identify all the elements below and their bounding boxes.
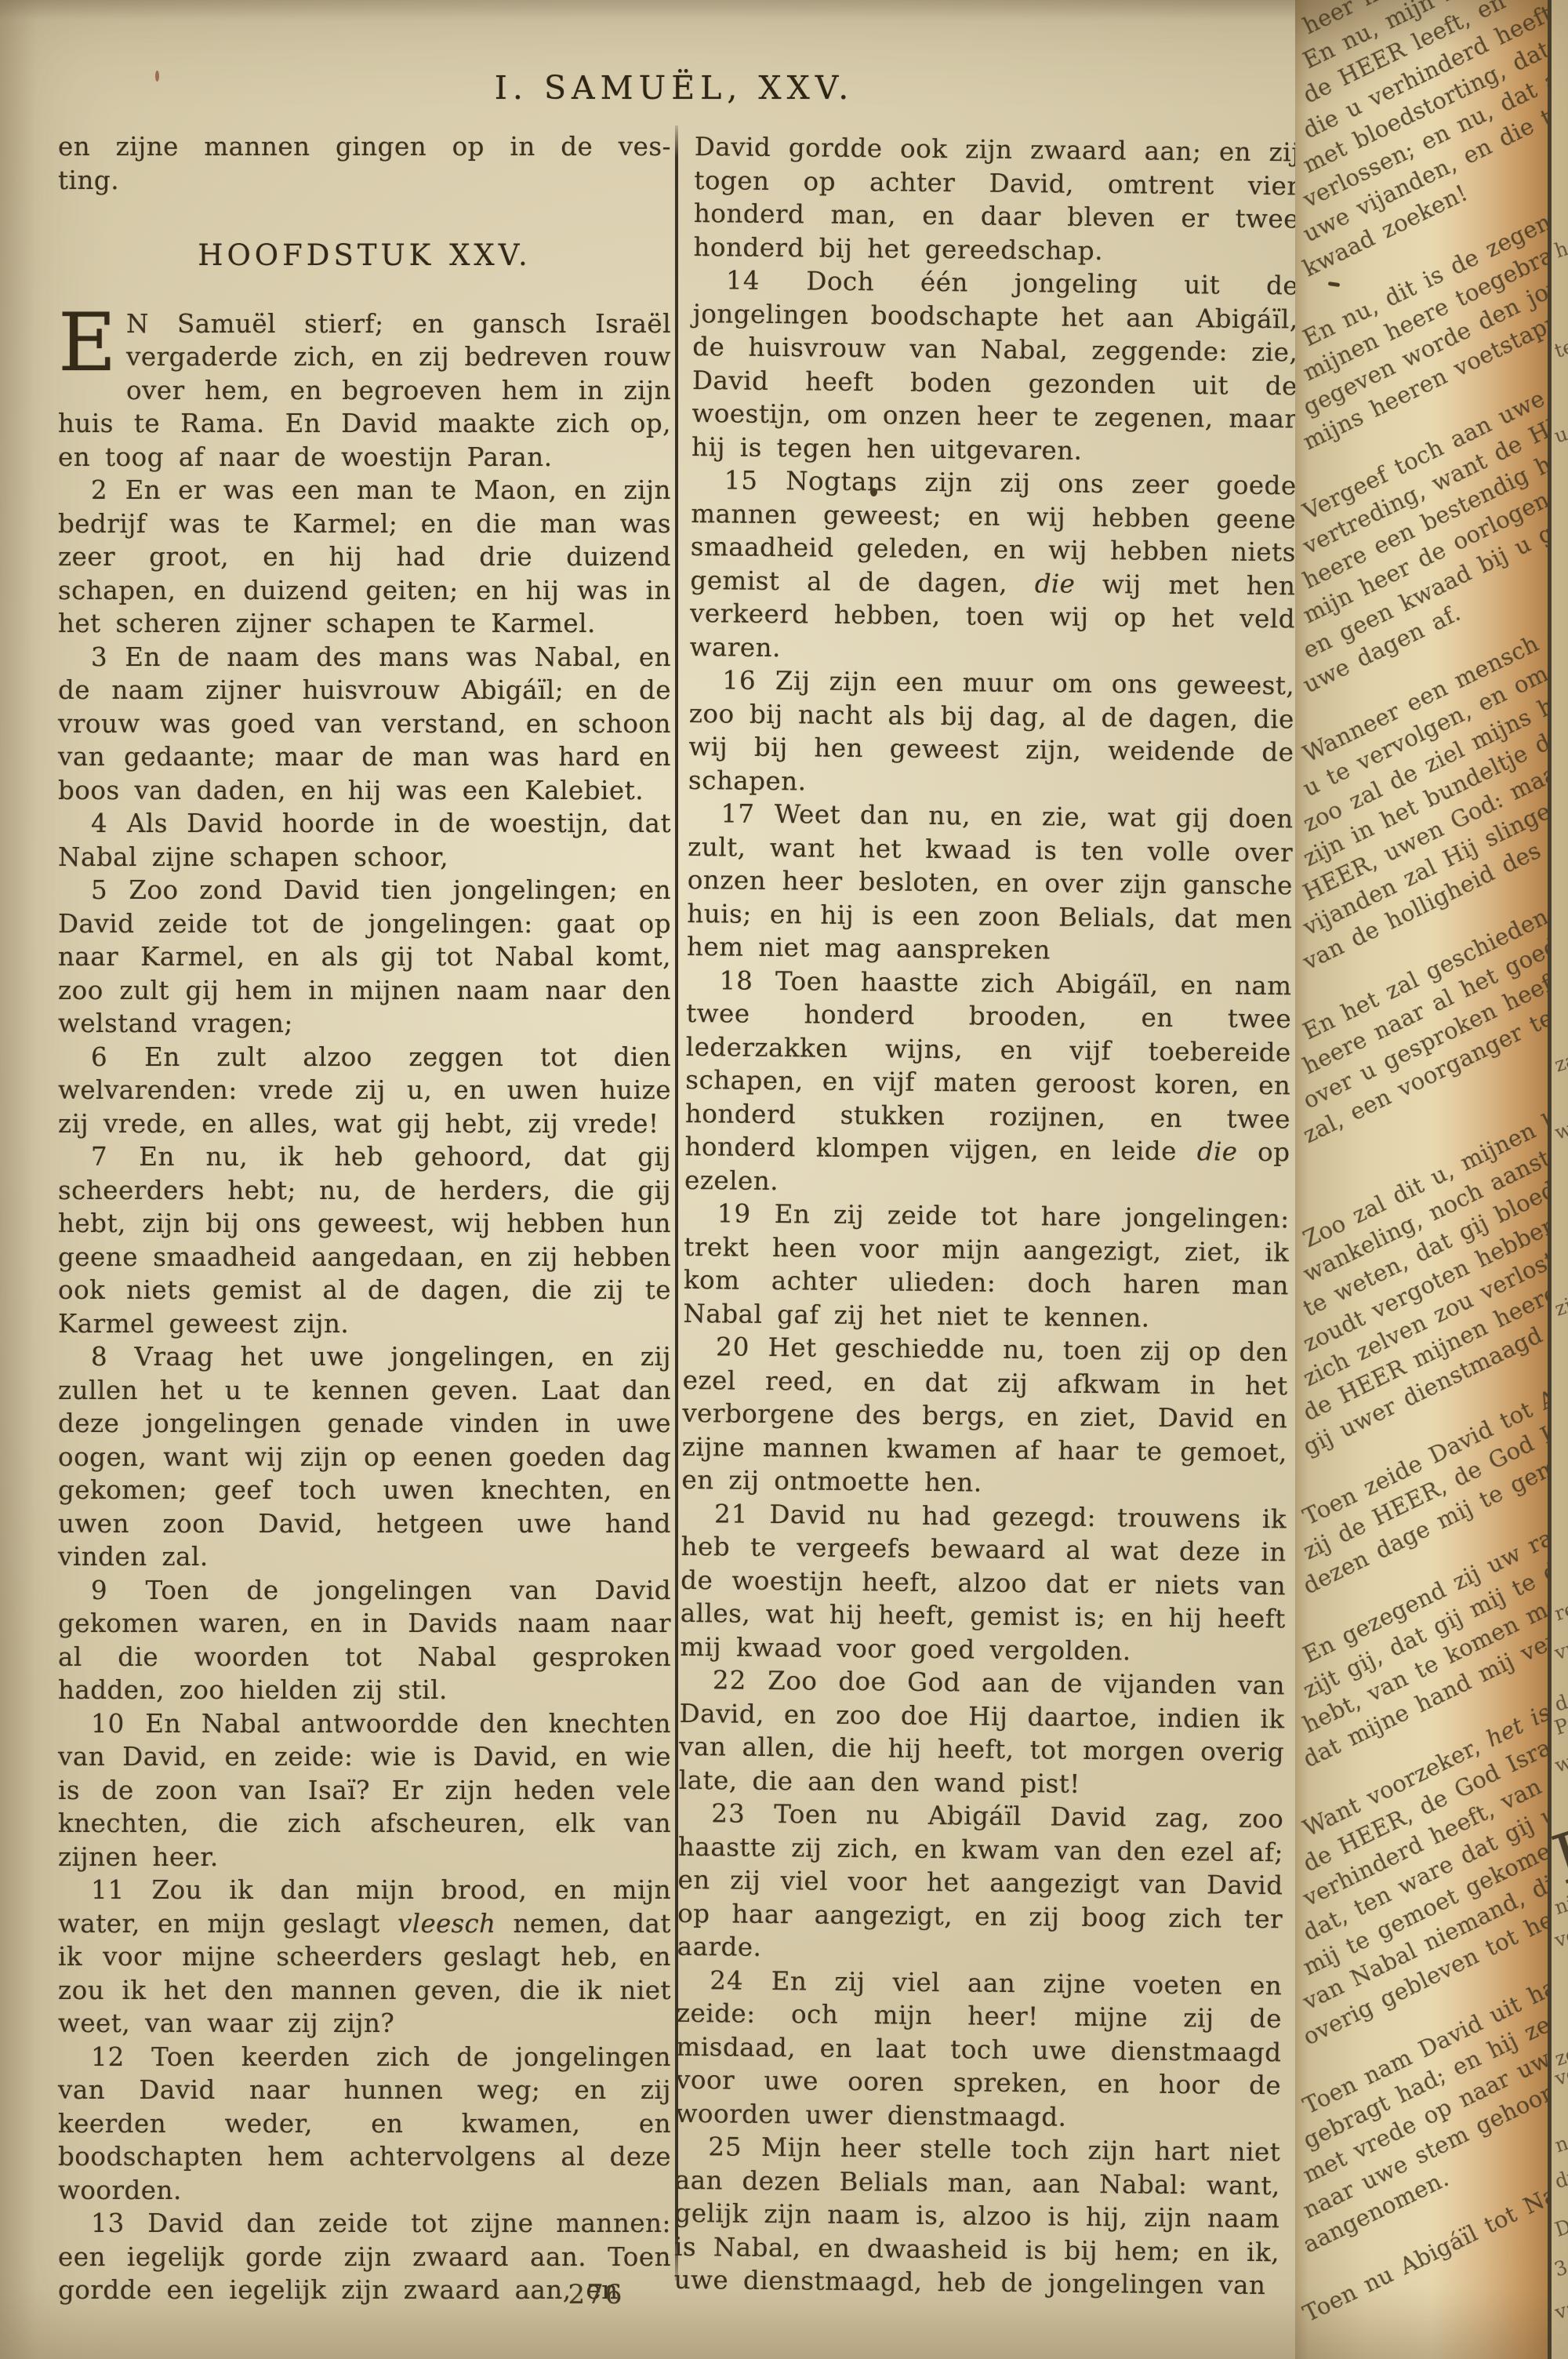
- verse-number: 5: [91, 875, 108, 905]
- edge-text-fragment: wa: [1552, 1114, 1568, 1144]
- edge-text-fragment: u: [1552, 422, 1568, 448]
- bible-page-photo: I. SAMUËL, XXV. en zijne mannen gingen o…: [0, 0, 1568, 2359]
- carryover-paragraph: David gordde ook zijn zwaard aan; en zij…: [693, 130, 1300, 269]
- verse: 17 Weet dan nu, en zie, wat gij doen zul…: [687, 797, 1294, 969]
- edge-text-fragment: naa: [1552, 2125, 1568, 2157]
- verse-number: 12: [91, 2042, 125, 2072]
- carryover-line: ting.: [58, 164, 671, 198]
- verse-number: 13: [91, 2208, 125, 2238]
- edge-text-fragment: wa: [1552, 1747, 1568, 1777]
- verse: 6 En zult alzoo zeggen tot dien welvaren…: [58, 1041, 671, 1141]
- verse: 7 En nu, ik heb gehoord, dat gij scheerd…: [58, 1140, 671, 1340]
- verse: 9 Toen de jongelingen van David gekomen …: [58, 1574, 671, 1707]
- verse-number: 23: [711, 1798, 746, 1828]
- verse-number: 8: [91, 1342, 108, 1372]
- edge-text-fragment: vo: [1552, 1923, 1568, 1952]
- verse: 10 En Nabal antwoordde den knechten van …: [58, 1707, 671, 1874]
- verse-number: 10: [91, 1709, 125, 1739]
- curled-facing-page: heer niet gezien, die gij gezon-En nu, m…: [1295, 0, 1568, 2359]
- verse-number: 11: [91, 1875, 125, 1905]
- verse: 18 Toen haastte zich Abigáïl, en nam twe…: [684, 963, 1292, 1202]
- verse-number: 2: [91, 475, 108, 505]
- verse: 11 Zou ik dan mijn brood, en mijn water,…: [58, 1874, 671, 2041]
- verse-number: 4: [91, 809, 108, 838]
- edge-text-fragment: Pa: [1552, 1710, 1568, 1739]
- verse-number: 16: [722, 665, 757, 695]
- ink-speck: [870, 488, 877, 496]
- drop-cap: E: [58, 307, 126, 375]
- left-verses: EN Samuël stierf; en gansch Israël verga…: [58, 307, 671, 2307]
- right-column: David gordde ook zijn zwaard aan; en zij…: [673, 130, 1299, 2303]
- edge-text-fragment: de: [1552, 1687, 1568, 1716]
- verse-number: 6: [91, 1042, 108, 1072]
- page-header: I. SAMUËL, XXV.: [125, 69, 1223, 107]
- verse: 2 En er was een man te Maon, en zijn bed…: [58, 474, 671, 641]
- verse: 20 Het geschiedde nu, toen zij op den ez…: [681, 1330, 1288, 1503]
- verse-number: 14: [726, 265, 760, 295]
- verse: 23 Toen nu Abigáïl David zag, zoo haastt…: [677, 1797, 1284, 1969]
- edge-drop-cap-fragment: D: [1548, 1809, 1568, 1900]
- edge-text-fragment: dui: [1552, 2162, 1568, 2194]
- edge-text-fragment: vr: [1552, 1637, 1568, 1665]
- verse-number: 24: [710, 1965, 744, 1995]
- verse-number: 3: [91, 642, 108, 672]
- verse-number: 15: [724, 465, 759, 495]
- verse-number: 20: [716, 1332, 750, 1361]
- verse: 14 Doch één jongeling uit de jongelingen…: [691, 264, 1298, 469]
- edge-text-fragment: het: [1552, 231, 1568, 262]
- carryover-line: en zijne mannen gingen op in de ves-: [58, 130, 671, 164]
- verse-number: 7: [91, 1142, 108, 1172]
- page-number: 276: [549, 2279, 643, 2310]
- left-carryover: en zijne mannen gingen op in de ves-ting…: [58, 130, 671, 197]
- right-verses: 14 Doch één jongeling uit de jongelingen…: [673, 264, 1298, 2303]
- edge-text-fragment: te: [1552, 335, 1568, 362]
- edge-text-fragment: re: [1552, 1598, 1568, 1626]
- verse: 15 Nogtans zijn zij ons zeer goede manne…: [689, 463, 1296, 669]
- verse-number: 19: [717, 1198, 752, 1228]
- edge-text-fragment: van: [1552, 2292, 1568, 2324]
- verse-number: 9: [91, 1576, 108, 1605]
- verse-chapter-start: EN Samuël stierf; en gansch Israël verga…: [58, 307, 671, 474]
- next-column-sliver: hetteuzawazierevrdePawaDnivozoovoonaadui…: [1548, 0, 1568, 2359]
- verse-number: 21: [714, 1499, 749, 1528]
- verse: 5 Zoo zond David tien jongelingen; en Da…: [58, 874, 671, 1041]
- verse: 24 En zij viel aan zijne voeten en zeide…: [676, 1963, 1283, 2135]
- verse: 21 David nu had gezegd: trouwens ik heb …: [680, 1496, 1287, 1669]
- verse: 8 Vraag het uwe jongelingen, en zij zull…: [58, 1340, 671, 1574]
- right-carryover: David gordde ook zijn zwaard aan; en zij…: [693, 130, 1300, 269]
- paper-stain: [155, 71, 159, 82]
- edge-text-fragment: zie: [1552, 1290, 1568, 1321]
- edge-text-fragment: 3: [1552, 2255, 1568, 2281]
- verse-number: 25: [708, 2132, 742, 2161]
- verse: 22 Zoo doe God aan de vijanden van David…: [679, 1663, 1286, 1802]
- left-column: en zijne mannen gingen op in de ves-ting…: [58, 130, 671, 2307]
- verse-number: 18: [719, 965, 753, 995]
- edge-text-fragment: ni: [1552, 1892, 1568, 1919]
- edge-text-fragment: za: [1552, 1048, 1568, 1076]
- verse: 3 En de naam des mans was Nabal, en de n…: [58, 641, 671, 808]
- verse: 25 Mijn heer stelle toch zijn hart niet …: [673, 2130, 1280, 2303]
- verse: 12 Toen keerden zich de jongelingen van …: [58, 2041, 671, 2208]
- verse: 16 Zij zijn een muur om ons geweest, zoo…: [688, 663, 1295, 802]
- edge-text-fragment: Dav: [1552, 2208, 1568, 2241]
- verse-number: 22: [713, 1665, 747, 1695]
- verse-number: 17: [720, 798, 755, 828]
- verse: 19 En zij zeide tot hare jongelingen: tr…: [683, 1197, 1290, 1336]
- verse: 4 Als David hoorde in de woestijn, dat N…: [58, 807, 671, 874]
- chapter-heading: HOOFDSTUK XXV.: [58, 239, 671, 273]
